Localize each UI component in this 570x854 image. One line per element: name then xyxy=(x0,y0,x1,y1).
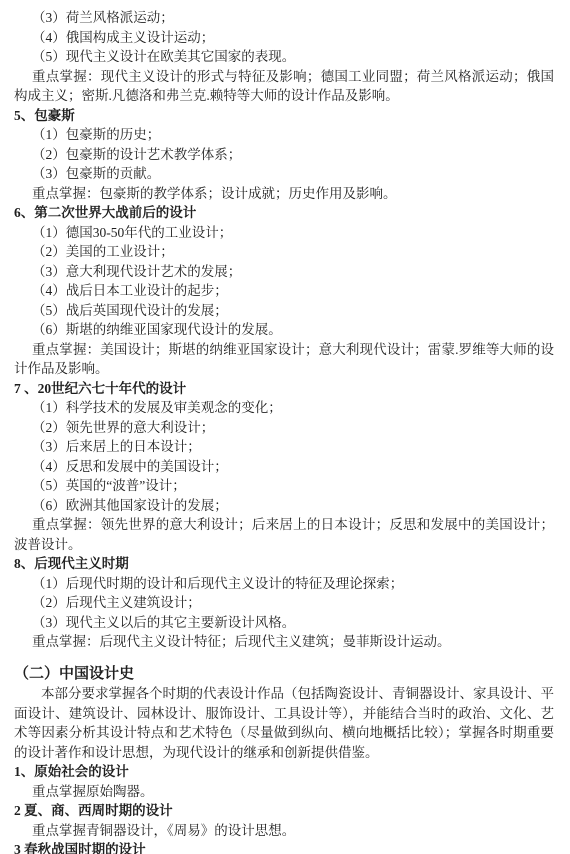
outline-item: （4）反思和发展中的美国设计； xyxy=(14,457,554,477)
key-points-paragraph: 重点掌握：领先世界的意大利设计；后来居上的日本设计；反思和发展中的美国设计；波普… xyxy=(14,515,554,554)
chapter-heading: 1、原始社会的设计 xyxy=(14,762,554,782)
chapter-heading: 5、包豪斯 xyxy=(14,106,554,126)
outline-item: （2）包豪斯的设计艺术教学体系； xyxy=(14,145,554,165)
outline-item: （1）包豪斯的历史； xyxy=(14,125,554,145)
chapter-heading: 7 、20世纪六七十年代的设计 xyxy=(14,379,554,399)
outline-item: （3）包豪斯的贡献。 xyxy=(14,164,554,184)
document-page: （3）荷兰风格派运动；（4）俄国构成主义设计运动；（5）现代主义设计在欧美其它国… xyxy=(0,0,570,854)
outline-item: （3）后来居上的日本设计； xyxy=(14,437,554,457)
outline-item: （6）斯堪的纳维亚国家现代设计的发展。 xyxy=(14,320,554,340)
outline-item: （5）战后英国现代设计的发展； xyxy=(14,301,554,321)
section-heading: （二）中国设计史 xyxy=(14,665,554,685)
outline-item: （3）荷兰风格派运动； xyxy=(14,8,554,28)
chapter-heading: 2 夏、商、西周时期的设计 xyxy=(14,801,554,821)
key-points-paragraph: 重点掌握：包豪斯的教学体系；设计成就；历史作用及影响。 xyxy=(14,184,554,204)
outline-item: （3）现代主义以后的其它主要新设计风格。 xyxy=(14,613,554,633)
outline-item: （3）意大利现代设计艺术的发展； xyxy=(14,262,554,282)
intro-paragraph: 本部分要求掌握各个时期的代表设计作品（包括陶瓷设计、青铜器设计、家具设计、平面设… xyxy=(14,684,554,762)
key-points-paragraph: 重点掌握青铜器设计，《周易》的设计思想。 xyxy=(14,821,554,841)
chapter-heading: 3 春秋战国时期的设计 xyxy=(14,840,554,854)
chapter-heading: 6、第二次世界大战前后的设计 xyxy=(14,203,554,223)
outline-item: （6）欧洲其他国家设计的发展； xyxy=(14,496,554,516)
outline-item: （1）德国30-50年代的工业设计； xyxy=(14,223,554,243)
outline-item: （5）英国的“波普”设计； xyxy=(14,476,554,496)
key-points-paragraph: 重点掌握：现代主义设计的形式与特征及影响；德国工业同盟；荷兰风格派运动；俄国构成… xyxy=(14,67,554,106)
outline-item: （1）科学技术的发展及审美观念的变化； xyxy=(14,398,554,418)
outline-item: （2）领先世界的意大利设计； xyxy=(14,418,554,438)
key-points-paragraph: 重点掌握：后现代主义设计特征；后现代主义建筑；曼菲斯设计运动。 xyxy=(14,632,554,652)
chapter-heading: 8、后现代主义时期 xyxy=(14,554,554,574)
document-content: （3）荷兰风格派运动；（4）俄国构成主义设计运动；（5）现代主义设计在欧美其它国… xyxy=(14,8,554,854)
outline-item: （4）俄国构成主义设计运动； xyxy=(14,28,554,48)
outline-item: （2）后现代主义建筑设计； xyxy=(14,593,554,613)
outline-item: （1）后现代时期的设计和后现代主义设计的特征及理论探索； xyxy=(14,574,554,594)
key-points-paragraph: 重点掌握原始陶器。 xyxy=(14,782,554,802)
outline-item: （5）现代主义设计在欧美其它国家的表现。 xyxy=(14,47,554,67)
key-points-paragraph: 重点掌握：美国设计；斯堪的纳维亚国家设计；意大利现代设计；雷蒙.罗维等大师的设计… xyxy=(14,340,554,379)
outline-item: （4）战后日本工业设计的起步； xyxy=(14,281,554,301)
outline-item: （2）美国的工业设计； xyxy=(14,242,554,262)
